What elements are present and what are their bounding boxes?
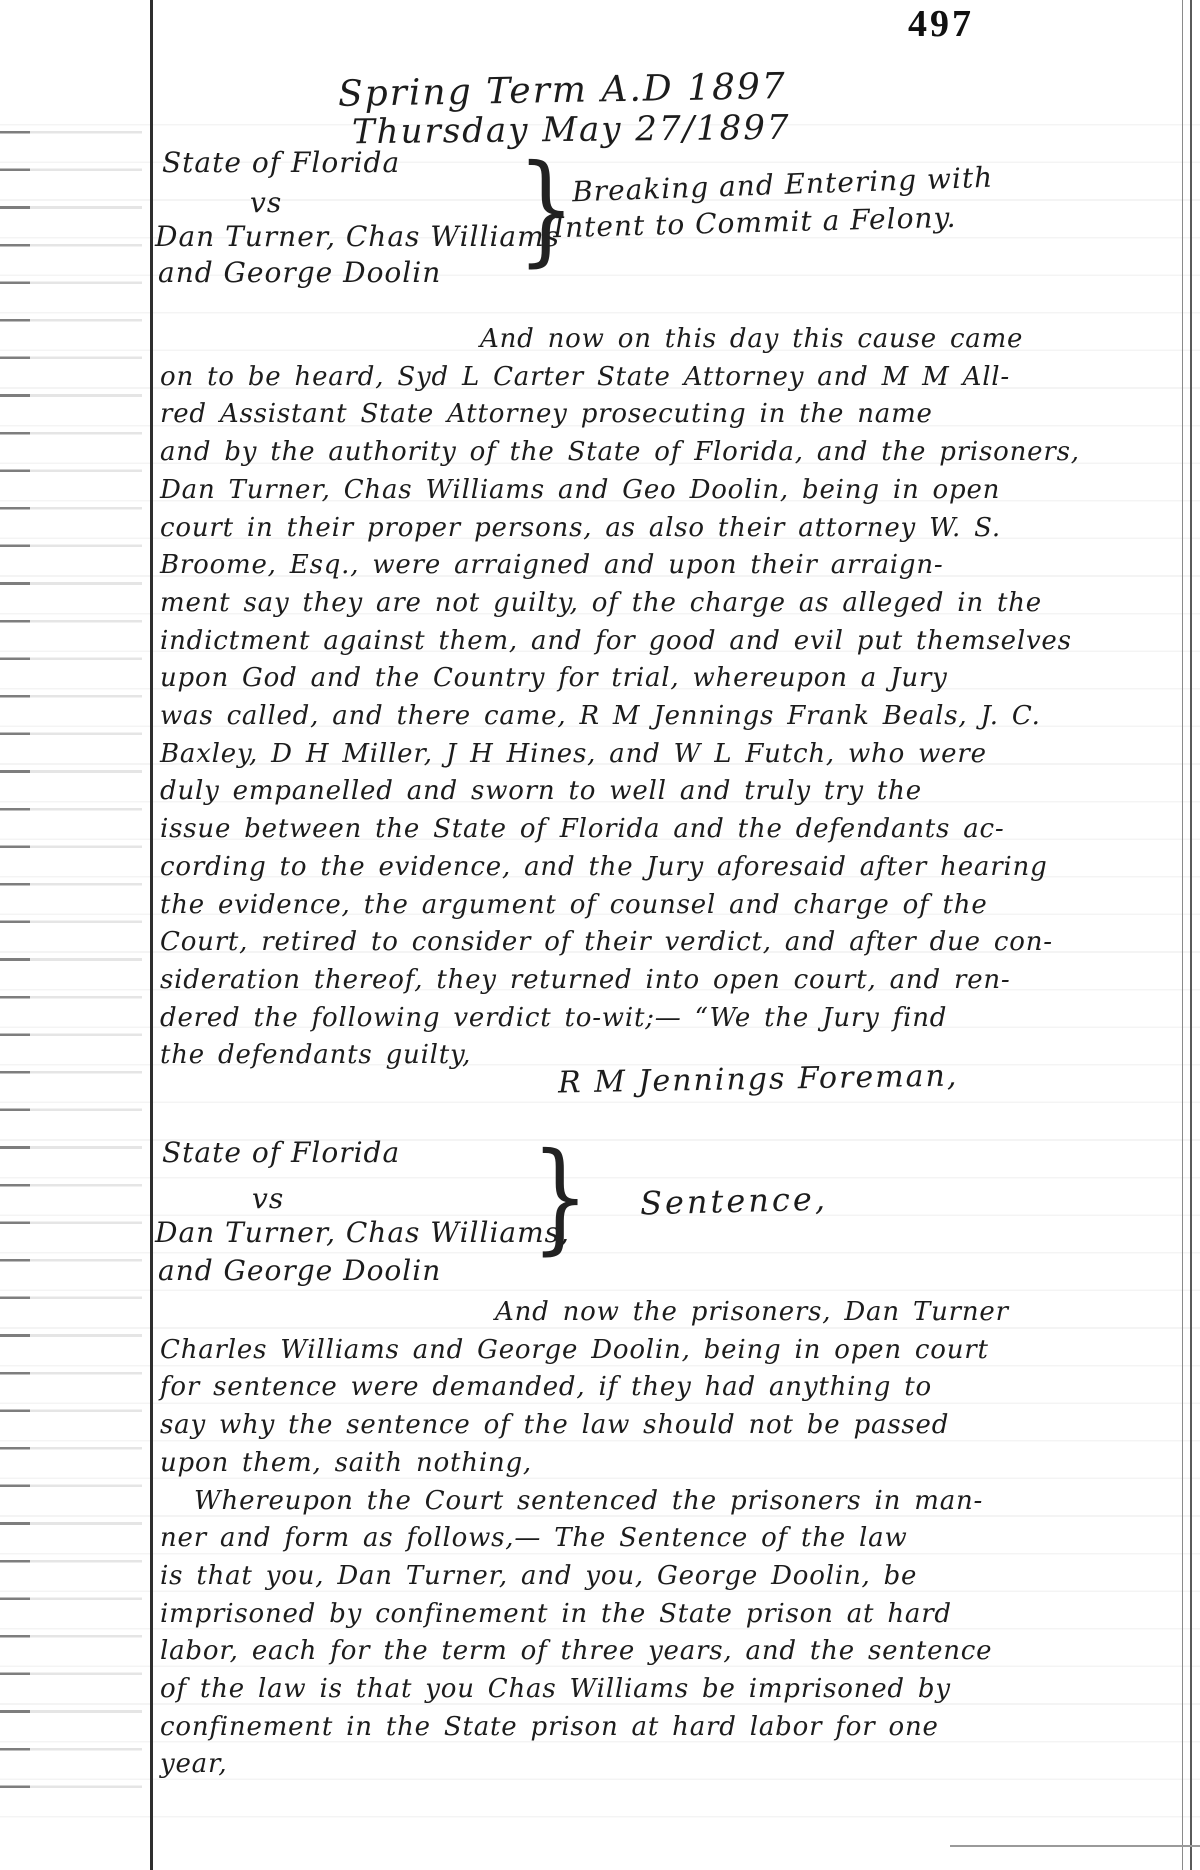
- handwritten-line: ment say they are not guilty, of the cha…: [160, 585, 1010, 623]
- handwritten-line: issue between the State of Florida and t…: [160, 811, 1010, 849]
- case2-plaintiff: State of Florida: [162, 1136, 400, 1169]
- handwritten-line: was called, and there came, R M Jennings…: [160, 698, 1010, 736]
- handwritten-line: upon God and the Country for trial, wher…: [160, 660, 1010, 698]
- handwritten-line: year,: [160, 1746, 1010, 1784]
- handwritten-line: confinement in the State prison at hard …: [160, 1709, 1010, 1747]
- handwritten-line: say why the sentence of the law should n…: [160, 1407, 1010, 1445]
- case2-defendants-line2: and George Doolin: [158, 1254, 441, 1287]
- handwritten-line: the evidence, the argument of counsel an…: [160, 887, 1010, 925]
- handwritten-line: and by the authority of the State of Flo…: [160, 434, 1010, 472]
- left-margin-vertical-rule: [150, 0, 153, 1870]
- handwritten-line: dered the following verdict to-wit;— “We…: [160, 1000, 1010, 1038]
- handwritten-line: on to be heard, Syd L Carter State Attor…: [160, 359, 1010, 397]
- case1-body: And now on this day this cause came on t…: [160, 321, 1010, 1075]
- handwritten-line: labor, each for the term of three years,…: [160, 1633, 1010, 1671]
- case2-vs: vs: [252, 1182, 284, 1215]
- handwritten-line: court in their proper persons, as also t…: [160, 510, 1010, 548]
- case2-defendants-line1: Dan Turner, Chas Williams,: [155, 1216, 570, 1249]
- case1-defendants-line2: and George Doolin: [158, 256, 441, 289]
- handwritten-line: for sentence were demanded, if they had …: [160, 1369, 1010, 1407]
- handwritten-line: Baxley, D H Miller, J H Hines, and W L F…: [160, 736, 1010, 774]
- left-margin-rule-stubs: [0, 96, 30, 1816]
- case1-defendants-line1: Dan Turner, Chas Williams: [155, 220, 560, 253]
- handwritten-line: duly empanelled and sworn to well and tr…: [160, 773, 1010, 811]
- case1-vs: vs: [250, 186, 282, 219]
- handwritten-line: Whereupon the Court sentenced the prison…: [160, 1483, 1010, 1521]
- handwritten-line: Broome, Esq., were arraigned and upon th…: [160, 547, 1010, 585]
- right-margin-vertical-rule-outer: [1190, 0, 1192, 1870]
- jury-foreman-signature: R M Jennings Foreman,: [558, 1059, 959, 1101]
- handwritten-line: ner and form as follows,— The Sentence o…: [160, 1520, 1010, 1558]
- case1-plaintiff: State of Florida: [162, 146, 400, 179]
- handwritten-line: indictment against them, and for good an…: [160, 623, 1010, 661]
- case1-charge-line2: Intent to Commit a Felony.: [553, 201, 957, 245]
- handwritten-line: Charles Williams and George Doolin, bein…: [160, 1332, 1010, 1370]
- handwritten-line: red Assistant State Attorney prosecuting…: [160, 396, 1010, 434]
- handwritten-line: upon them, saith nothing,: [160, 1445, 1010, 1483]
- bottom-edge-rule: [950, 1845, 1200, 1847]
- handwritten-line: cording to the evidence, and the Jury af…: [160, 849, 1010, 887]
- handwritten-line: Dan Turner, Chas Williams and Geo Doolin…: [160, 472, 1010, 510]
- handwritten-line: is that you, Dan Turner, and you, George…: [160, 1558, 1010, 1596]
- handwritten-line: imprisoned by confinement in the State p…: [160, 1596, 1010, 1634]
- handwritten-line: Court, retired to consider of their verd…: [160, 924, 1010, 962]
- handwritten-line: of the law is that you Chas Williams be …: [160, 1671, 1010, 1709]
- handwritten-line: And now the prisoners, Dan Turner: [160, 1294, 1010, 1332]
- right-margin-vertical-rule-inner: [1182, 0, 1183, 1870]
- page-number: 497: [908, 2, 974, 46]
- case2-body: And now the prisoners, Dan Turner Charle…: [160, 1294, 1010, 1784]
- curly-brace-icon: }: [532, 1138, 589, 1258]
- scanned-court-record-page: 497 Spring Term A.D 1897 Thursday May 27…: [0, 0, 1200, 1870]
- handwritten-line: sideration thereof, they returned into o…: [160, 962, 1010, 1000]
- handwritten-line: And now on this day this cause came: [160, 321, 1010, 359]
- case2-sentence-label: Sentence,: [640, 1180, 829, 1223]
